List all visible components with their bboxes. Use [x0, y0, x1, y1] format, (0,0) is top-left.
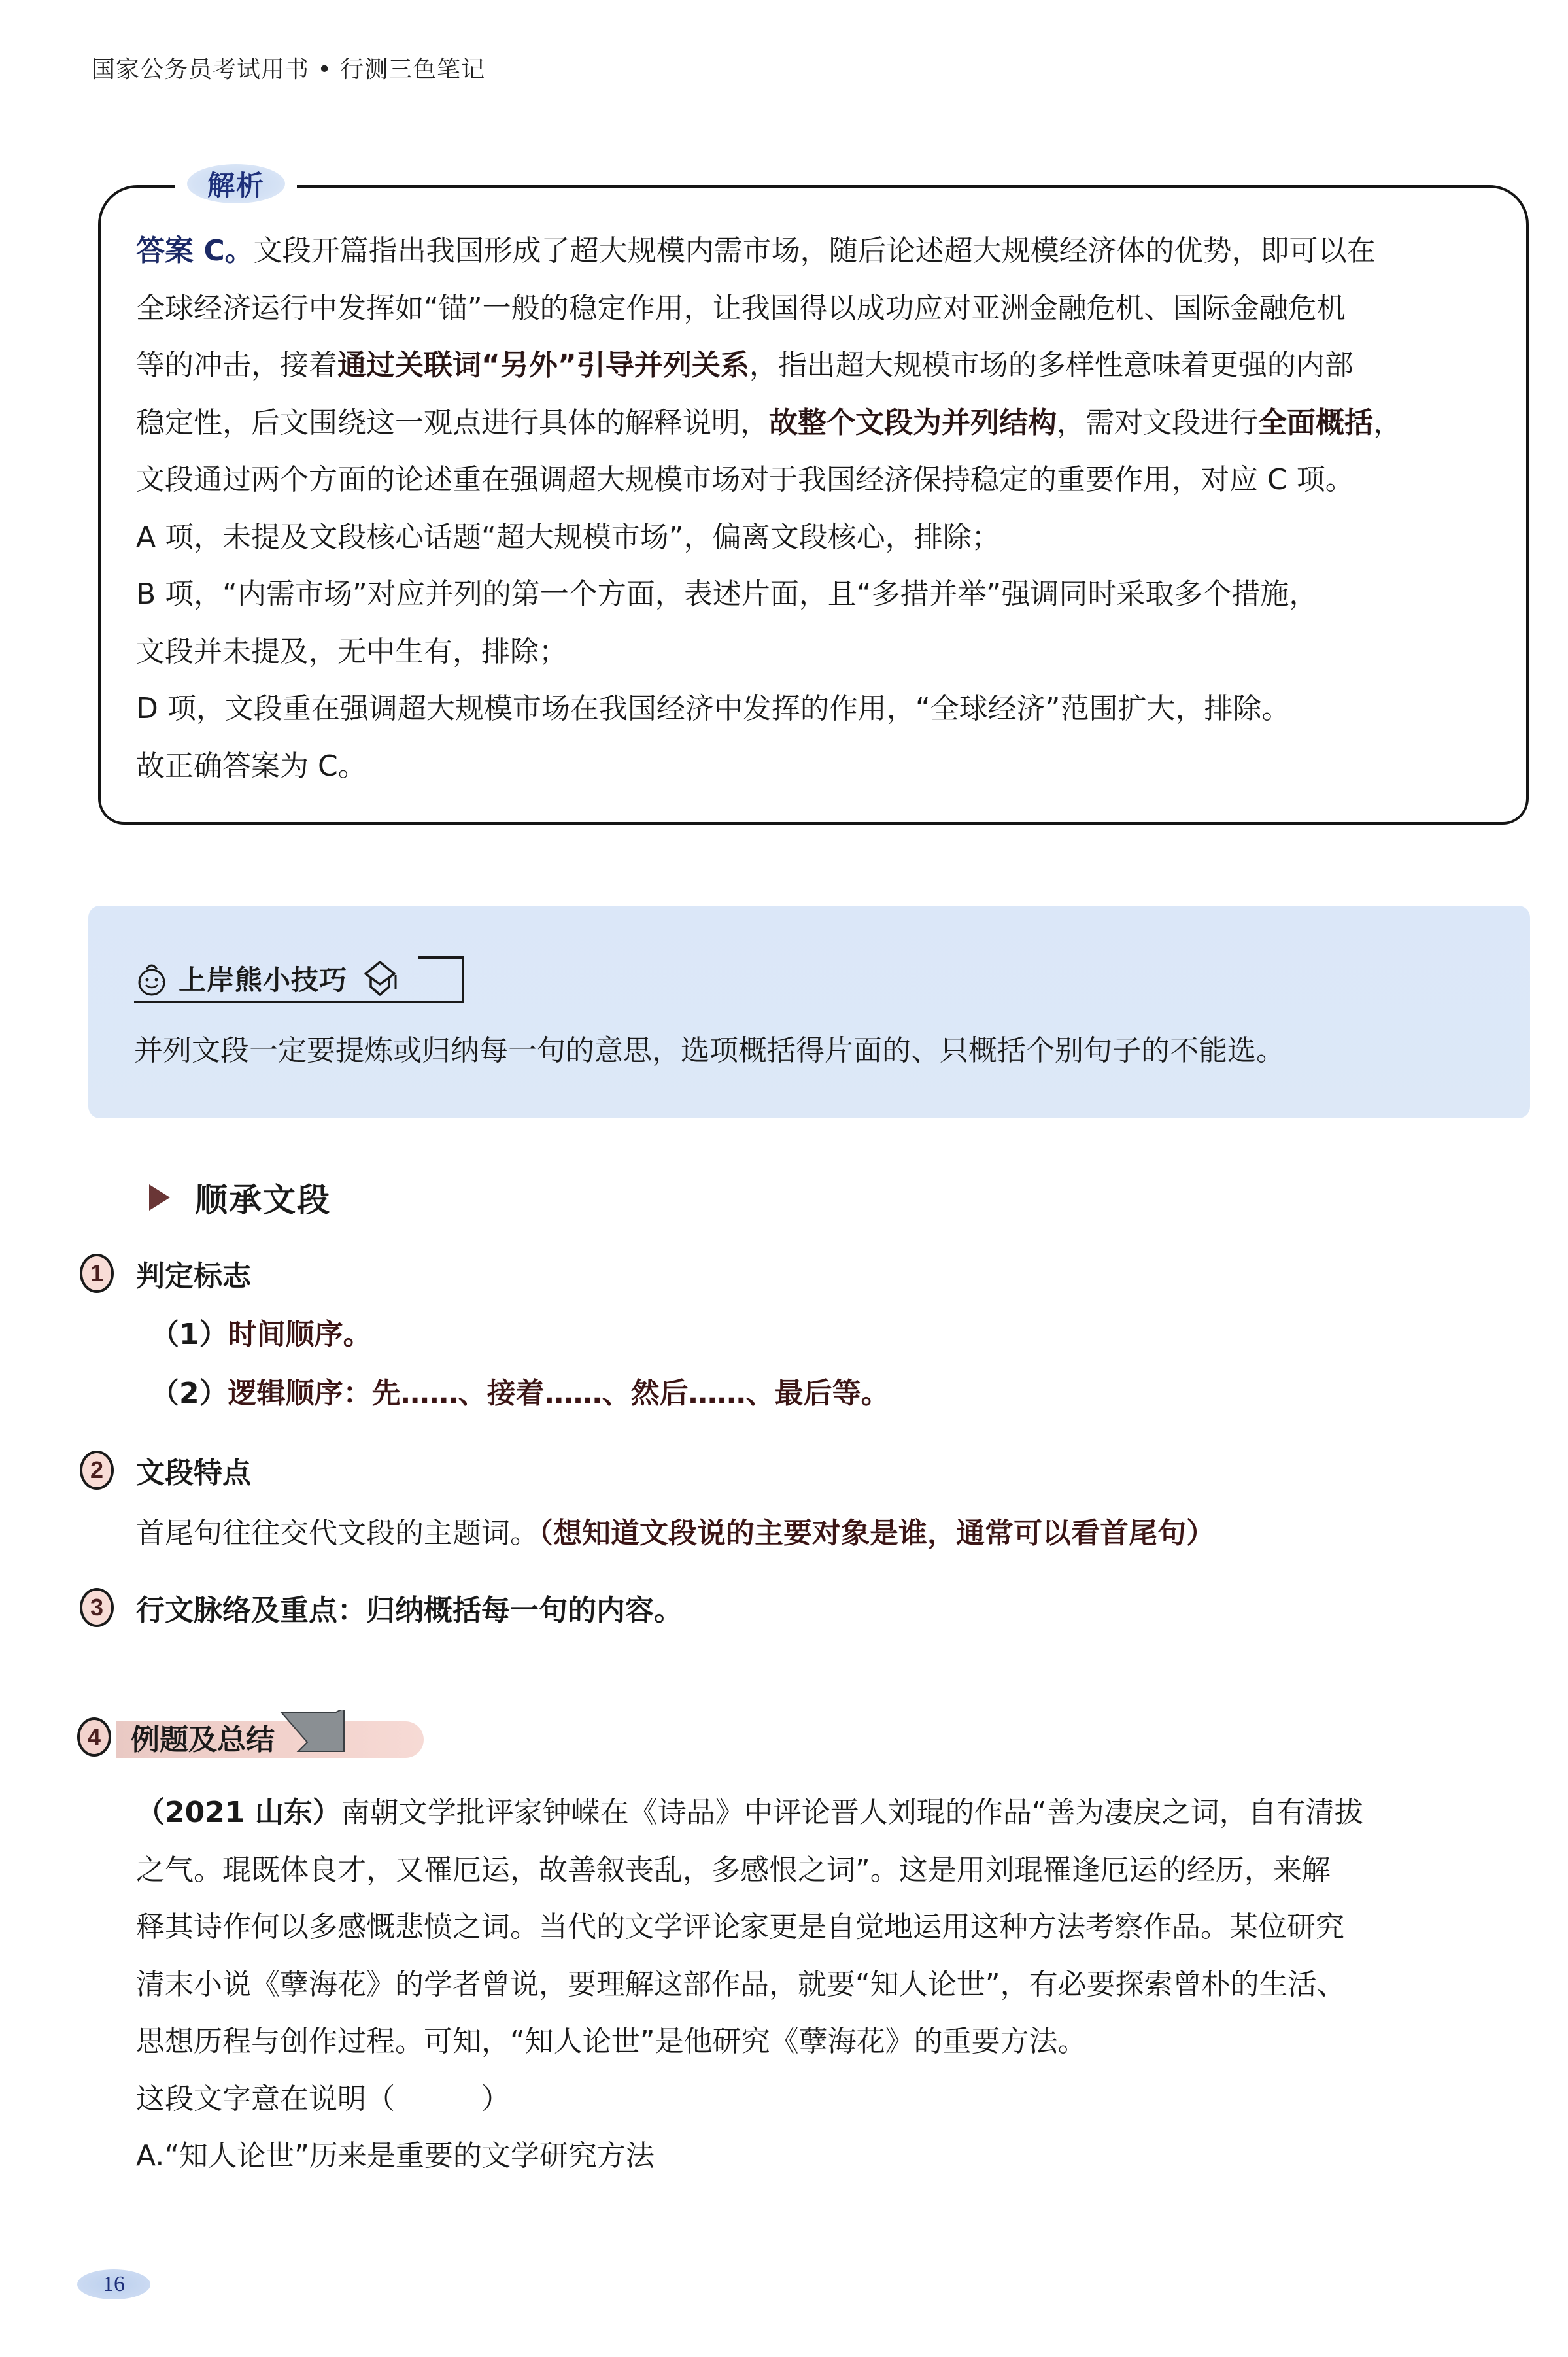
point-1-item-1: （1）时间顺序。 — [150, 1311, 372, 1352]
tip-header-frame-top — [418, 956, 464, 959]
analysis-text-span: 故正确答案为 C。 — [136, 749, 367, 783]
analysis-line-5: 文段通过两个方面的论述重在强调超大规模市场对于我国经济保持稳定的重要作用，对应 … — [136, 451, 1509, 509]
analysis-text-span: ， — [1373, 406, 1402, 439]
page-number: 16 — [77, 2269, 150, 2299]
item-prefix: （2） — [150, 1377, 228, 1410]
analysis-line-9: D 项，文段重在强调超大规模市场在我国经济中发挥的作用，“全球经济”范围扩大，排… — [136, 680, 1509, 738]
triangle-right-icon — [149, 1184, 170, 1211]
tip-header: 上岸熊小技巧 — [134, 956, 464, 1003]
point-1-title: 判定标志 — [136, 1252, 251, 1294]
analysis-text-span: 文段并未提及，无中生有，排除； — [136, 635, 568, 668]
point-4-heading: 4 例题及总结 — [77, 1716, 350, 1758]
analysis-line-10: 故正确答案为 C。 — [136, 738, 1509, 795]
point-4-title: 例题及总结 — [131, 1716, 275, 1758]
emphasis-text: 故整个文段为并列结构 — [769, 406, 1057, 439]
number-badge-1: 1 — [80, 1254, 114, 1293]
emphasis-text: 通过关联词“另外”引导并列关系 — [337, 349, 749, 382]
running-header: 国家公务员考试用书 • 行测三色笔记 — [92, 51, 485, 84]
example-source: （2021 山东） — [136, 1796, 341, 1829]
tip-title: 上岸熊小技巧 — [179, 959, 347, 998]
number-badge-4: 4 — [77, 1717, 111, 1757]
analysis-text-span: 文段开篇指出我国形成了超大规模内需市场，随后论述超大规模经济体的优势，即可以在 — [254, 234, 1376, 267]
analysis-line-4: 稳定性，后文围绕这一观点进行具体的解释说明，故整个文段为并列结构，需对文段进行全… — [136, 394, 1509, 452]
analysis-text-span: D 项，文段重在强调超大规模市场在我国经济中发挥的作用，“全球经济”范围扩大，排… — [136, 692, 1290, 725]
point-3-title: 行文脉络及重点：归纳概括每一句的内容。 — [136, 1587, 683, 1628]
number-badge-2: 2 — [80, 1451, 114, 1490]
analysis-text-span: 文段通过两个方面的论述重在强调超大规模市场对于我国经济保持稳定的重要作用，对应 … — [136, 463, 1354, 496]
analysis-text: 答案 C。文段开篇指出我国形成了超大规模内需市场，随后论述超大规模经济体的优势，… — [136, 222, 1509, 795]
section-title: 顺承文段 — [195, 1174, 331, 1221]
point-2-body: 首尾句往往交代文段的主题词。 — [136, 1517, 539, 1550]
analysis-text-span: ，指出超大规模市场的多样性意味着更强的内部 — [749, 349, 1354, 382]
point-2-text: 首尾句往往交代文段的主题词。（想知道文段说的主要对象是谁，通常可以看首尾句） — [136, 1509, 1215, 1551]
example-line-4: 清末小说《孽海花》的学者曾说，要理解这部作品，就要“知人论世”，有必要探索曾朴的… — [136, 1956, 1522, 2014]
point-2-heading: 2 文段特点 — [80, 1449, 251, 1491]
tip-box — [88, 906, 1530, 1118]
example-question: （2021 山东）南朝文学批评家钟嵘在《诗品》中评论晋人刘琨的作品“善为凄戾之词… — [136, 1784, 1522, 2185]
item-text: 逻辑顺序：先……、接着……、然后……、最后等。 — [228, 1377, 890, 1410]
example-line-1: （2021 山东）南朝文学批评家钟嵘在《诗品》中评论晋人刘琨的作品“善为凄戾之词… — [136, 1784, 1522, 1842]
analysis-text-span: A 项，未提及文段核心话题“超大规模市场”，偏离文段核心，排除； — [136, 521, 1000, 554]
analysis-line-1: 答案 C。文段开篇指出我国形成了超大规模内需市场，随后论述超大规模经济体的优势，… — [136, 222, 1509, 280]
point-2-title: 文段特点 — [136, 1449, 251, 1491]
analysis-line-6: A 项，未提及文段核心话题“超大规模市场”，偏离文段核心，排除； — [136, 509, 1509, 566]
analysis-text-span: 稳定性，后文围绕这一观点进行具体的解释说明， — [136, 406, 769, 439]
example-line-2: 之气。琨既体良才，又罹厄运，故善叙丧乱，多感恨之词”。这是用刘琨罹逢厄运的经历，… — [136, 1842, 1522, 1899]
number-badge-3: 3 — [80, 1588, 114, 1627]
example-text: 南朝文学批评家钟嵘在《诗品》中评论晋人刘琨的作品“善为凄戾之词，自有清拔 — [341, 1796, 1363, 1829]
bear-icon — [137, 960, 167, 997]
option-a: A.“知人论世”历来是重要的文学研究方法 — [136, 2127, 1522, 2185]
arrow-down-right-icon — [279, 1710, 350, 1755]
emphasis-text: 答案 C。 — [136, 234, 254, 267]
example-line-5: 思想历程与创作过程。可知，“知人论世”是他研究《孽海花》的重要方法。 — [136, 2013, 1522, 2071]
example-line-3: 释其诗作何以多感慨悲愤之词。当代的文学评论家更是自觉地运用这种方法考察作品。某位… — [136, 1899, 1522, 1956]
analysis-line-3: 等的冲击，接着通过关联词“另外”引导并列关系，指出超大规模市场的多样性意味着更强… — [136, 337, 1509, 394]
analysis-line-8: 文段并未提及，无中生有，排除； — [136, 623, 1509, 681]
section-heading: 顺承文段 — [149, 1174, 331, 1221]
graduation-cap-icon — [360, 958, 402, 999]
point-2-emphasis: （想知道文段说的主要对象是谁，通常可以看首尾句） — [539, 1517, 1215, 1550]
analysis-label-wrap: 解析 — [175, 163, 297, 204]
tip-text: 并列文段一定要提炼或归纳每一句的意思，选项概括得片面的、只概括个别句子的不能选。 — [134, 1027, 1285, 1069]
analysis-line-2: 全球经济运行中发挥如“锚”一般的稳定作用，让我国得以成功应对亚洲金融危机、国际金… — [136, 280, 1509, 337]
item-text: 时间顺序。 — [228, 1318, 372, 1351]
emphasis-text: 全面概括 — [1258, 406, 1373, 439]
analysis-text-span: B 项，“内需市场”对应并列的第一个方面，表述片面，且“多措并举”强调同时采取多… — [136, 577, 1318, 611]
question-stem: 这段文字意在说明（ ） — [136, 2071, 1522, 2128]
item-prefix: （1） — [150, 1318, 228, 1351]
point-3-heading: 3 行文脉络及重点：归纳概括每一句的内容。 — [80, 1587, 683, 1628]
analysis-label: 解析 — [187, 164, 285, 203]
point-1-heading: 1 判定标志 — [80, 1252, 251, 1294]
analysis-text-span: 等的冲击，接着 — [136, 349, 337, 382]
analysis-text-span: ，需对文段进行 — [1057, 406, 1258, 439]
point-1-item-2: （2）逻辑顺序：先……、接着……、然后……、最后等。 — [150, 1369, 890, 1411]
analysis-text-span: 全球经济运行中发挥如“锚”一般的稳定作用，让我国得以成功应对亚洲金融危机、国际金… — [136, 292, 1346, 325]
analysis-line-7: B 项，“内需市场”对应并列的第一个方面，表述片面，且“多措并举”强调同时采取多… — [136, 566, 1509, 623]
